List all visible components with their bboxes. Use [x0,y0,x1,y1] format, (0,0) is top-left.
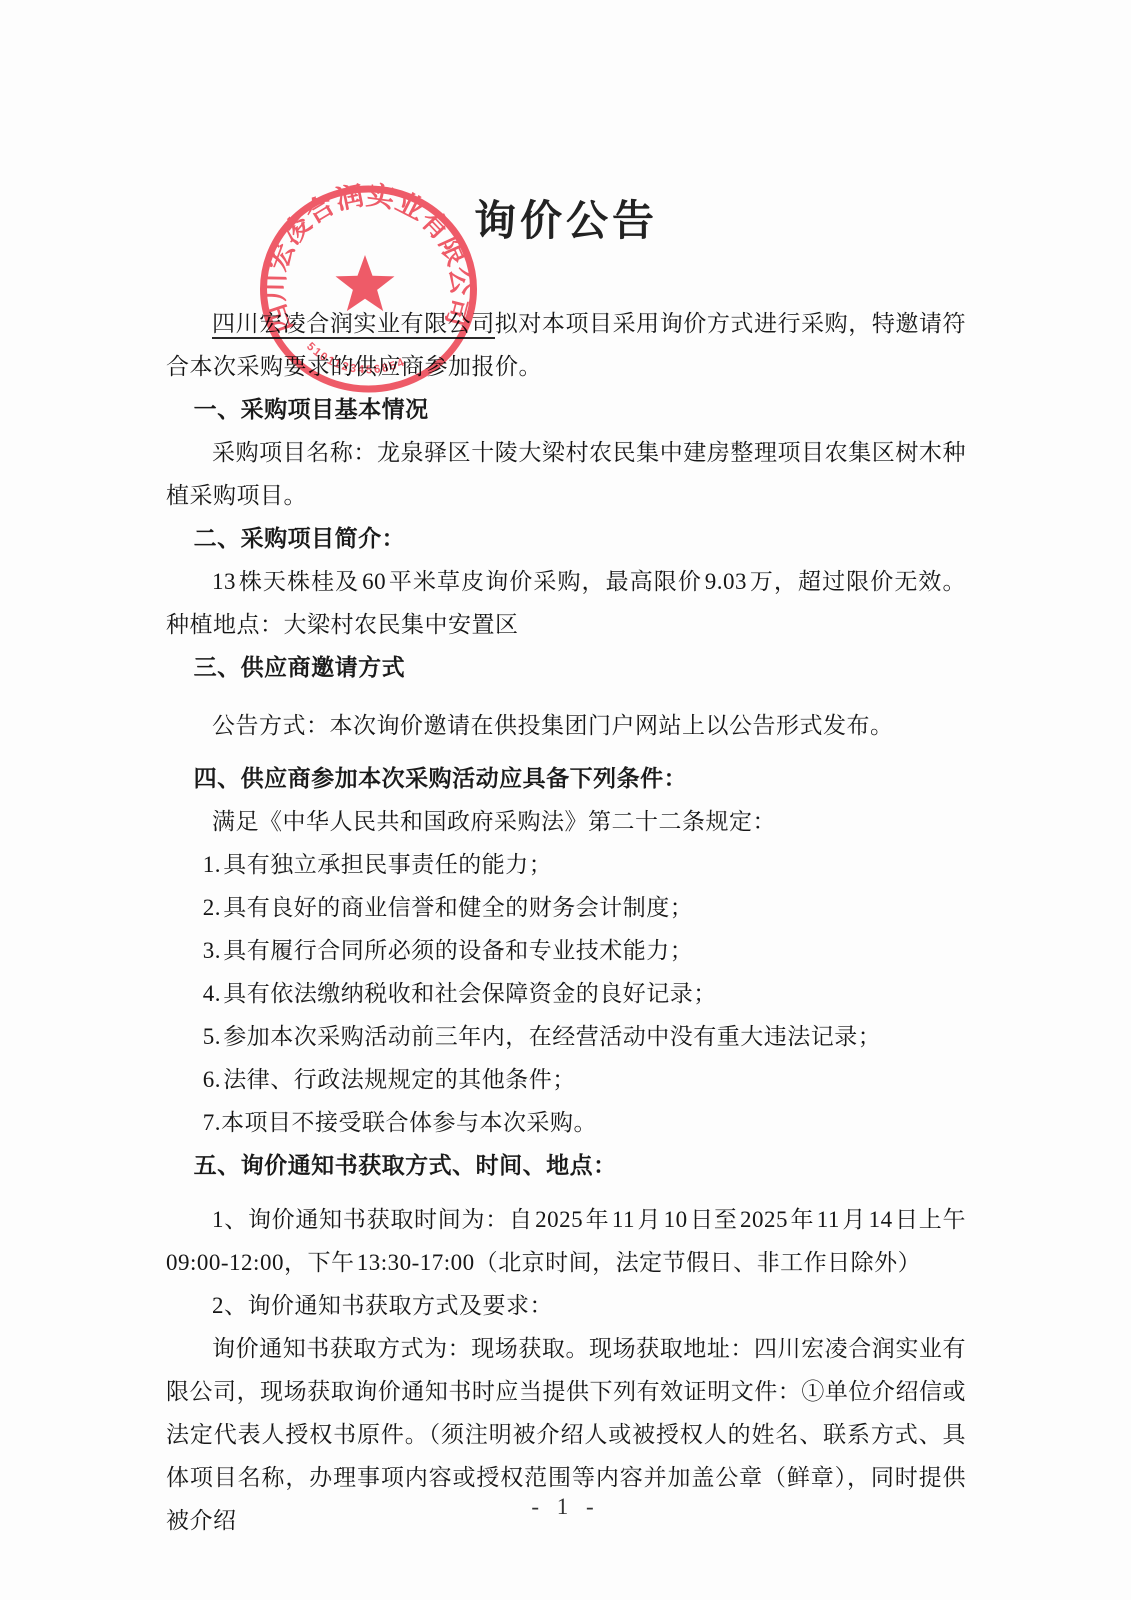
condition-item-6: 6. 法律、行政法规规定的其他条件； [166,1058,966,1101]
section5-item2: 2、询价通知书获取方式及要求： [166,1284,966,1327]
section5-heading: 五、询价通知书获取方式、时间、地点： [166,1144,966,1187]
section4-intro: 满足《中华人民共和国政府采购法》第二十二条规定： [166,800,966,843]
company-name-underlined: 四川宏凌合润实业有限公司 [212,311,495,339]
condition-item-5: 5. 参加本次采购活动前三年内，在经营活动中没有重大违法记录； [166,1015,966,1058]
page-number: - 1 - [0,1494,1131,1520]
condition-item-4: 4. 具有依法缴纳税收和社会保障资金的良好记录； [166,972,966,1015]
condition-item-7: 7.本项目不接受联合体参与本次采购。 [166,1101,966,1144]
section2-heading: 二、采购项目简介： [166,517,966,560]
section1-heading: 一、采购项目基本情况 [166,388,966,431]
section5-item1: 1、询价通知书获取时间为：自 2025 年 11 月 10 日至 2025 年 … [166,1198,966,1284]
section3-body: 公告方式：本次询价邀请在供投集团门户网站上以公告形式发布。 [166,704,966,747]
document-body: 询价公告 四川宏凌合润实业有限公司拟对本项目采用询价方式进行采购，特邀请符合本次… [166,0,966,1542]
intro-paragraph: 四川宏凌合润实业有限公司拟对本项目采用询价方式进行采购，特邀请符合本次采购要求的… [166,302,966,388]
condition-item-3: 3. 具有履行合同所必须的设备和专业技术能力； [166,929,966,972]
section4-heading: 四、供应商参加本次采购活动应具备下列条件： [166,757,966,800]
page-title: 询价公告 [166,198,966,246]
condition-item-1: 1. 具有独立承担民事责任的能力； [166,843,966,886]
section2-body: 13 株天株桂及 60 平米草皮询价采购，最高限价 9.03 万，超过限价无效。… [166,560,966,646]
condition-item-2: 2. 具有良好的商业信誉和健全的财务会计制度； [166,886,966,929]
section3-heading: 三、供应商邀请方式 [166,646,966,689]
section1-body: 采购项目名称：龙泉驿区十陵大梁村农民集中建房整理项目农集区树木种植采购项目。 [166,431,966,517]
document-page: 询价公告 四川宏凌合润实业有限公司拟对本项目采用询价方式进行采购，特邀请符合本次… [0,0,1131,1600]
